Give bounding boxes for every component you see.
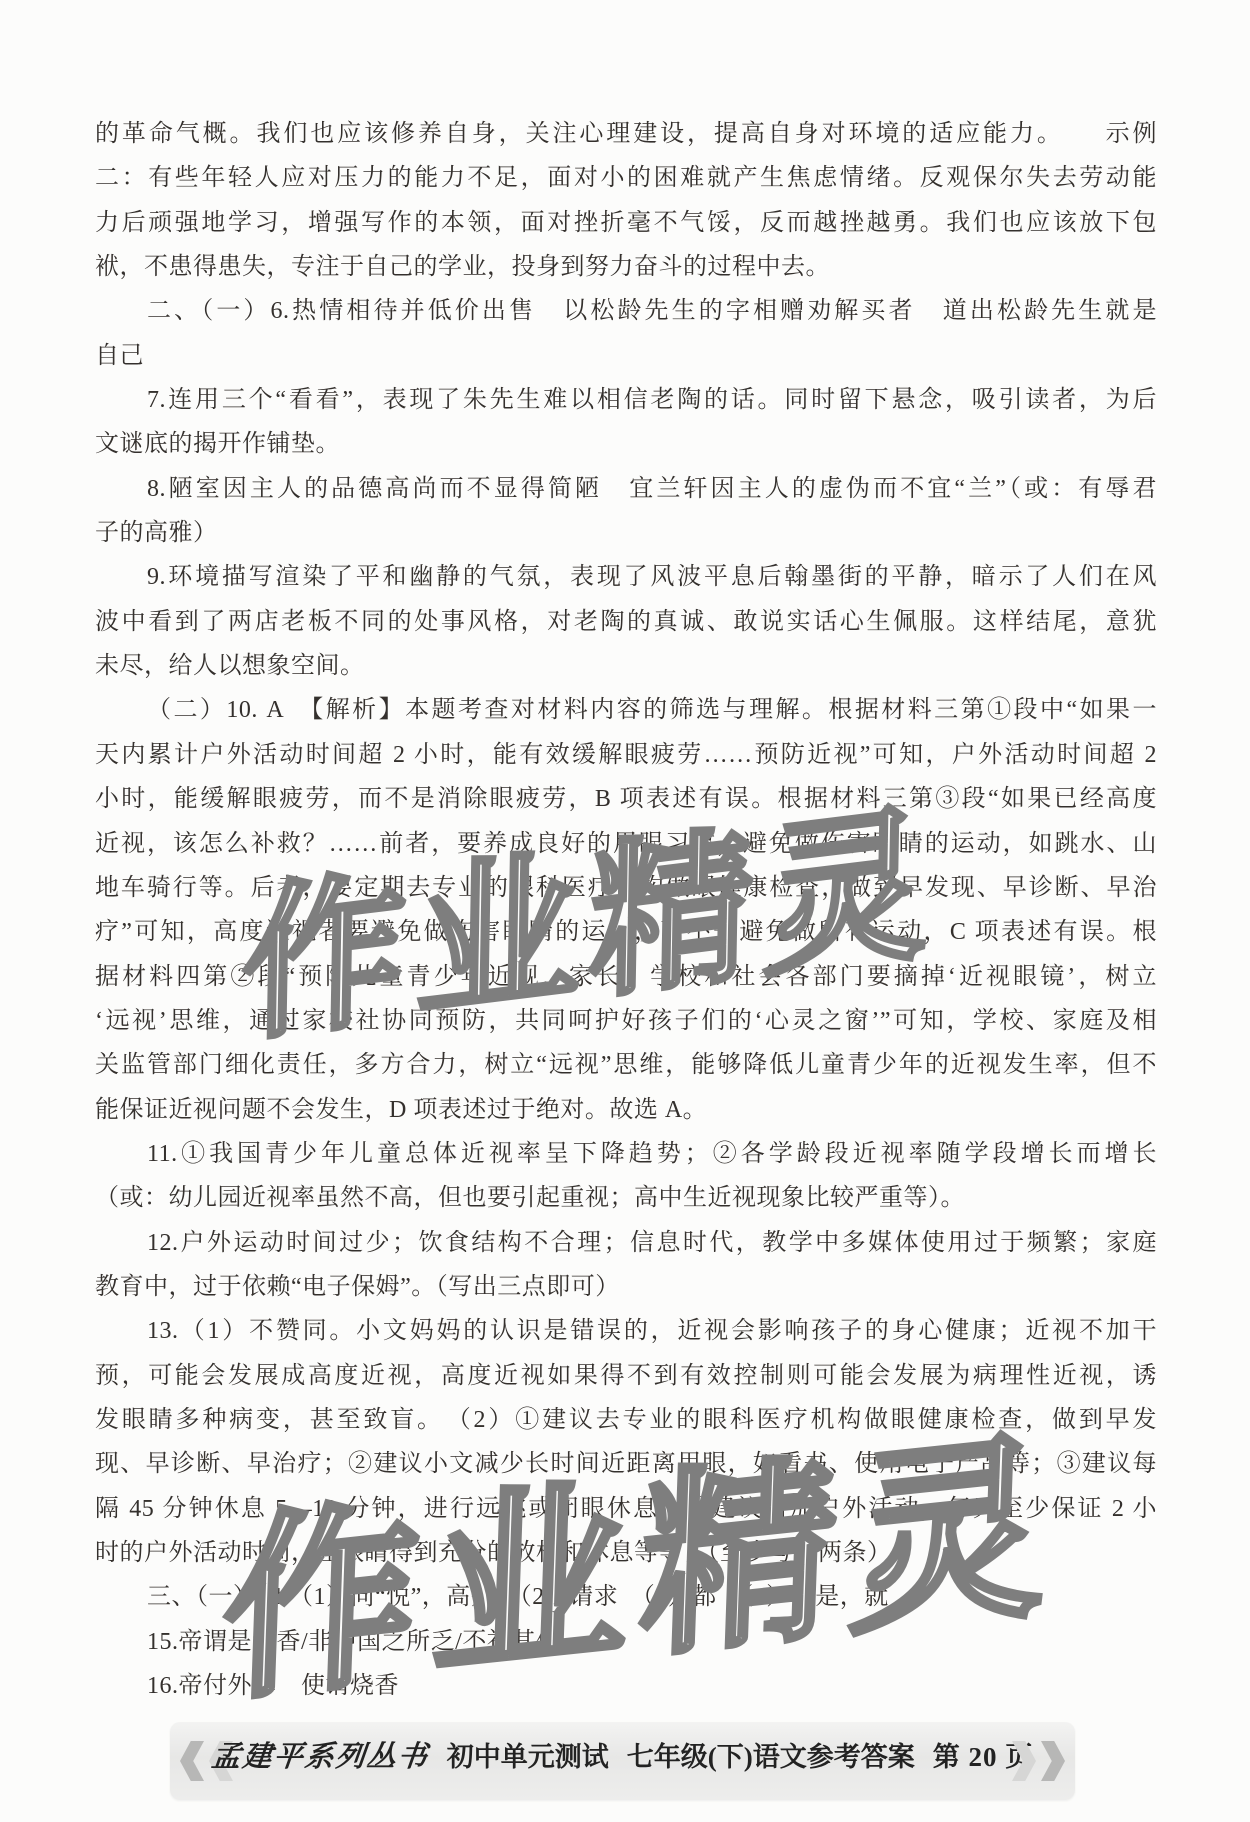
text-line: 13.（1）不赞同。小文妈妈的认识是错误的，近视会影响孩子的身心健康；近视不加干 xyxy=(95,1309,1157,1353)
chevrons-right-icon xyxy=(1012,1741,1065,1781)
chevron-right-icon xyxy=(1041,1741,1065,1781)
text-line: 近视，该怎么补救？……前者，要养成良好的用眼习惯，避免做伤害眼睛的运动，如跳水、… xyxy=(95,822,1157,866)
text-line: 据材料四第②段“预防儿童青少年近视，家长、学校和社会各部门要摘掉‘近视眼镜’，树… xyxy=(95,955,1157,999)
text-line: 袱，不患得患失，专注于自己的学业，投身到努力奋斗的过程中去。 xyxy=(95,245,1157,289)
text-line: 三、（一）14.（1）同“悦”，高兴 （2）请求 （3）都 （4）于是，就 xyxy=(95,1575,1157,1619)
text-line: 9.环境描写渲染了平和幽静的气氛，表现了风波平息后翰墨街的平静，暗示了人们在风 xyxy=(95,555,1157,599)
footer-series-title: 孟建平系列丛书 xyxy=(210,1734,431,1775)
footer-answers-label: 七年级(下)语文参考答案 xyxy=(627,1735,915,1774)
text-line: 隔 45 分钟休息 5—10 分钟，进行远眺或闭眼休息；④建议增加户外活动，每天… xyxy=(95,1487,1157,1531)
text-line: （或：幼儿园近视率虽然不高，但也要引起重视；高中生近视现象比较严重等）。 xyxy=(95,1176,1157,1220)
text-line: 8.陋室因主人的品德高尚而不显得简陋 宜兰轩因主人的虚伪而不宜“兰”（或：有辱君 xyxy=(95,467,1157,511)
text-line: 天内累计户外活动时间超 2 小时，能有效缓解眼疲劳……预防近视”可知，户外活动时… xyxy=(95,733,1157,777)
text-line: 波中看到了两店老板不同的处事风格，对老陶的真诚、敢说实话心生佩服。这样结尾，意犹 xyxy=(95,600,1157,644)
text-line: 能保证近视问题不会发生，D 项表述过于绝对。故选 A。 xyxy=(95,1088,1157,1132)
text-line: 二、（一）6.热情相待并低价出售 以松龄先生的字相赠劝解买者 道出松龄先生就是 xyxy=(95,289,1157,333)
text-line: 关监管部门细化责任，多方合力，树立“远视”思维，能够降低儿童青少年的近视发生率，… xyxy=(95,1043,1157,1087)
footer-test-name: 初中单元测试 xyxy=(447,1735,609,1774)
text-line: 11.①我国青少年儿童总体近视率呈下降趋势；②各学龄段近视率随学段增长而增长 xyxy=(95,1132,1157,1176)
chevron-right-icon xyxy=(1012,1741,1036,1781)
text-line: 现、早诊断、早治疗；②建议小文减少长时间近距离用眼，如看书、使用电子产品等；③建… xyxy=(95,1442,1157,1486)
text-line: 疗”可知，高度近视者要避免做伤害眼睛的运动，而不是避免做所有运动，C 项表述有误… xyxy=(95,910,1157,954)
text-line: 子的高雅） xyxy=(95,511,1157,555)
text-line: 未尽，给人以想象空间。 xyxy=(95,644,1157,688)
text-line: 自己 xyxy=(95,334,1157,378)
footer-text: 孟建平系列丛书 初中单元测试 七年级(下)语文参考答案 第 20 页 xyxy=(212,1734,1034,1775)
text-line: 时的户外活动时间，让眼睛得到充分的放松和休息等等。（至少写出两条） xyxy=(95,1531,1157,1575)
text-line: 16.帝付外库 使请烧香 xyxy=(95,1664,1157,1708)
text-line: 教育中，过于依赖“电子保姆”。（写出三点即可） xyxy=(95,1265,1157,1309)
text-line: 力后顽强地学习，增强写作的本领，面对挫折毫不气馁，反而越挫越勇。我们也应该放下包 xyxy=(95,201,1157,245)
text-line: 12.户外运动时间过少；饮食结构不合理；信息时代，教学中多媒体使用过于频繁；家庭 xyxy=(95,1221,1157,1265)
text-line: （二）10. A 【解析】本题考查对材料内容的筛选与理解。根据材料三第①段中“如… xyxy=(95,688,1157,732)
text-line: 文谜底的揭开作铺垫。 xyxy=(95,422,1157,466)
text-line: 的革命气概。我们也应该修养自身，关注心理建设，提高自身对环境的适应能力。 示例 xyxy=(95,112,1157,156)
text-line: 7.连用三个“看看”，表现了朱先生难以相信老陶的话。同时留下悬念，吸引读者，为后 xyxy=(95,378,1157,422)
text-line: 二：有些年轻人应对压力的能力不足，面对小的困难就产生焦虑情绪。反观保尔失去劳动能 xyxy=(95,156,1157,200)
chevron-left-icon xyxy=(180,1741,204,1781)
footer-bar: 孟建平系列丛书 初中单元测试 七年级(下)语文参考答案 第 20 页 xyxy=(170,1722,1075,1800)
text-line: ‘远视’思维，通过家校社协同预防，共同呵护好孩子们的‘心灵之窗’”可知，学校、家… xyxy=(95,999,1157,1043)
text-line: 预，可能会发展成高度近视，高度近视如果得不到有效控制则可能会发展为病理性近视，诱 xyxy=(95,1354,1157,1398)
scanned-answer-page: { "document": { "body_lines": [ {"text":… xyxy=(0,0,1250,1822)
text-line: 15.帝谓是常香/非中国之所乏/不礼其使。 xyxy=(95,1620,1157,1664)
text-line: 发眼睛多种病变，甚至致盲。 （2）①建议去专业的眼科医疗机构做眼健康检查，做到早… xyxy=(95,1398,1157,1442)
text-line: 地车骑行等。后者，要定期去专业的眼科医疗机构做眼健康检查，做到早发现、早诊断、早… xyxy=(95,866,1157,910)
text-line: 小时，能缓解眼疲劳，而不是消除眼疲劳，B 项表述有误。根据材料三第③段“如果已经… xyxy=(95,777,1157,821)
answer-text-block: 的革命气概。我们也应该修养自身，关注心理建设，提高自身对环境的适应能力。 示例二… xyxy=(95,112,1157,1708)
